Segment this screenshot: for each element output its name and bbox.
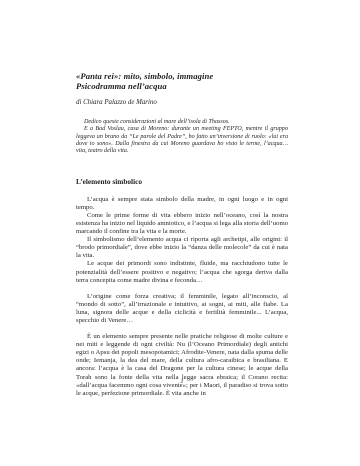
dedication-paragraph: E a Bad Voslau, casa di Moreno: durante … bbox=[76, 126, 288, 155]
paragraph: L’origine come forza creativa; il femmin… bbox=[76, 293, 288, 325]
document-page: «Panta rei»: mito, simbolo, immagine Psi… bbox=[0, 0, 360, 466]
article-title: «Panta rei»: mito, simbolo, immagine Psi… bbox=[76, 72, 288, 91]
paragraph: L’acqua è sempre stata simbolo della mad… bbox=[76, 196, 288, 212]
article-subtitle: Psicodramma nell’acqua bbox=[76, 81, 167, 91]
paragraph: Come le prime forme di vita ebbero inizi… bbox=[76, 212, 288, 236]
paragraph: Il simbolismo dell’elemento acqua ci rip… bbox=[76, 236, 288, 260]
dedication-paragraph: Dedico queste considerazioni al mare del… bbox=[76, 119, 288, 126]
text-block: «Panta rei»: mito, simbolo, immagine Psi… bbox=[76, 72, 288, 398]
dedication: Dedico queste considerazioni al mare del… bbox=[76, 119, 288, 155]
article-body: L’acqua è sempre stata simbolo della mad… bbox=[76, 196, 288, 398]
section-heading: L’elemento simbolico bbox=[76, 177, 288, 186]
byline: di Chiara Palazzo de Marino bbox=[76, 99, 288, 106]
paragraph: È un elemento sempre presente nelle prat… bbox=[76, 333, 288, 398]
page-number: 1 bbox=[76, 378, 288, 385]
article-title-line1: «Panta rei»: mito, simbolo, immagine bbox=[76, 71, 213, 81]
paragraph: Le acque dei primordi sono indistinte, f… bbox=[76, 260, 288, 284]
